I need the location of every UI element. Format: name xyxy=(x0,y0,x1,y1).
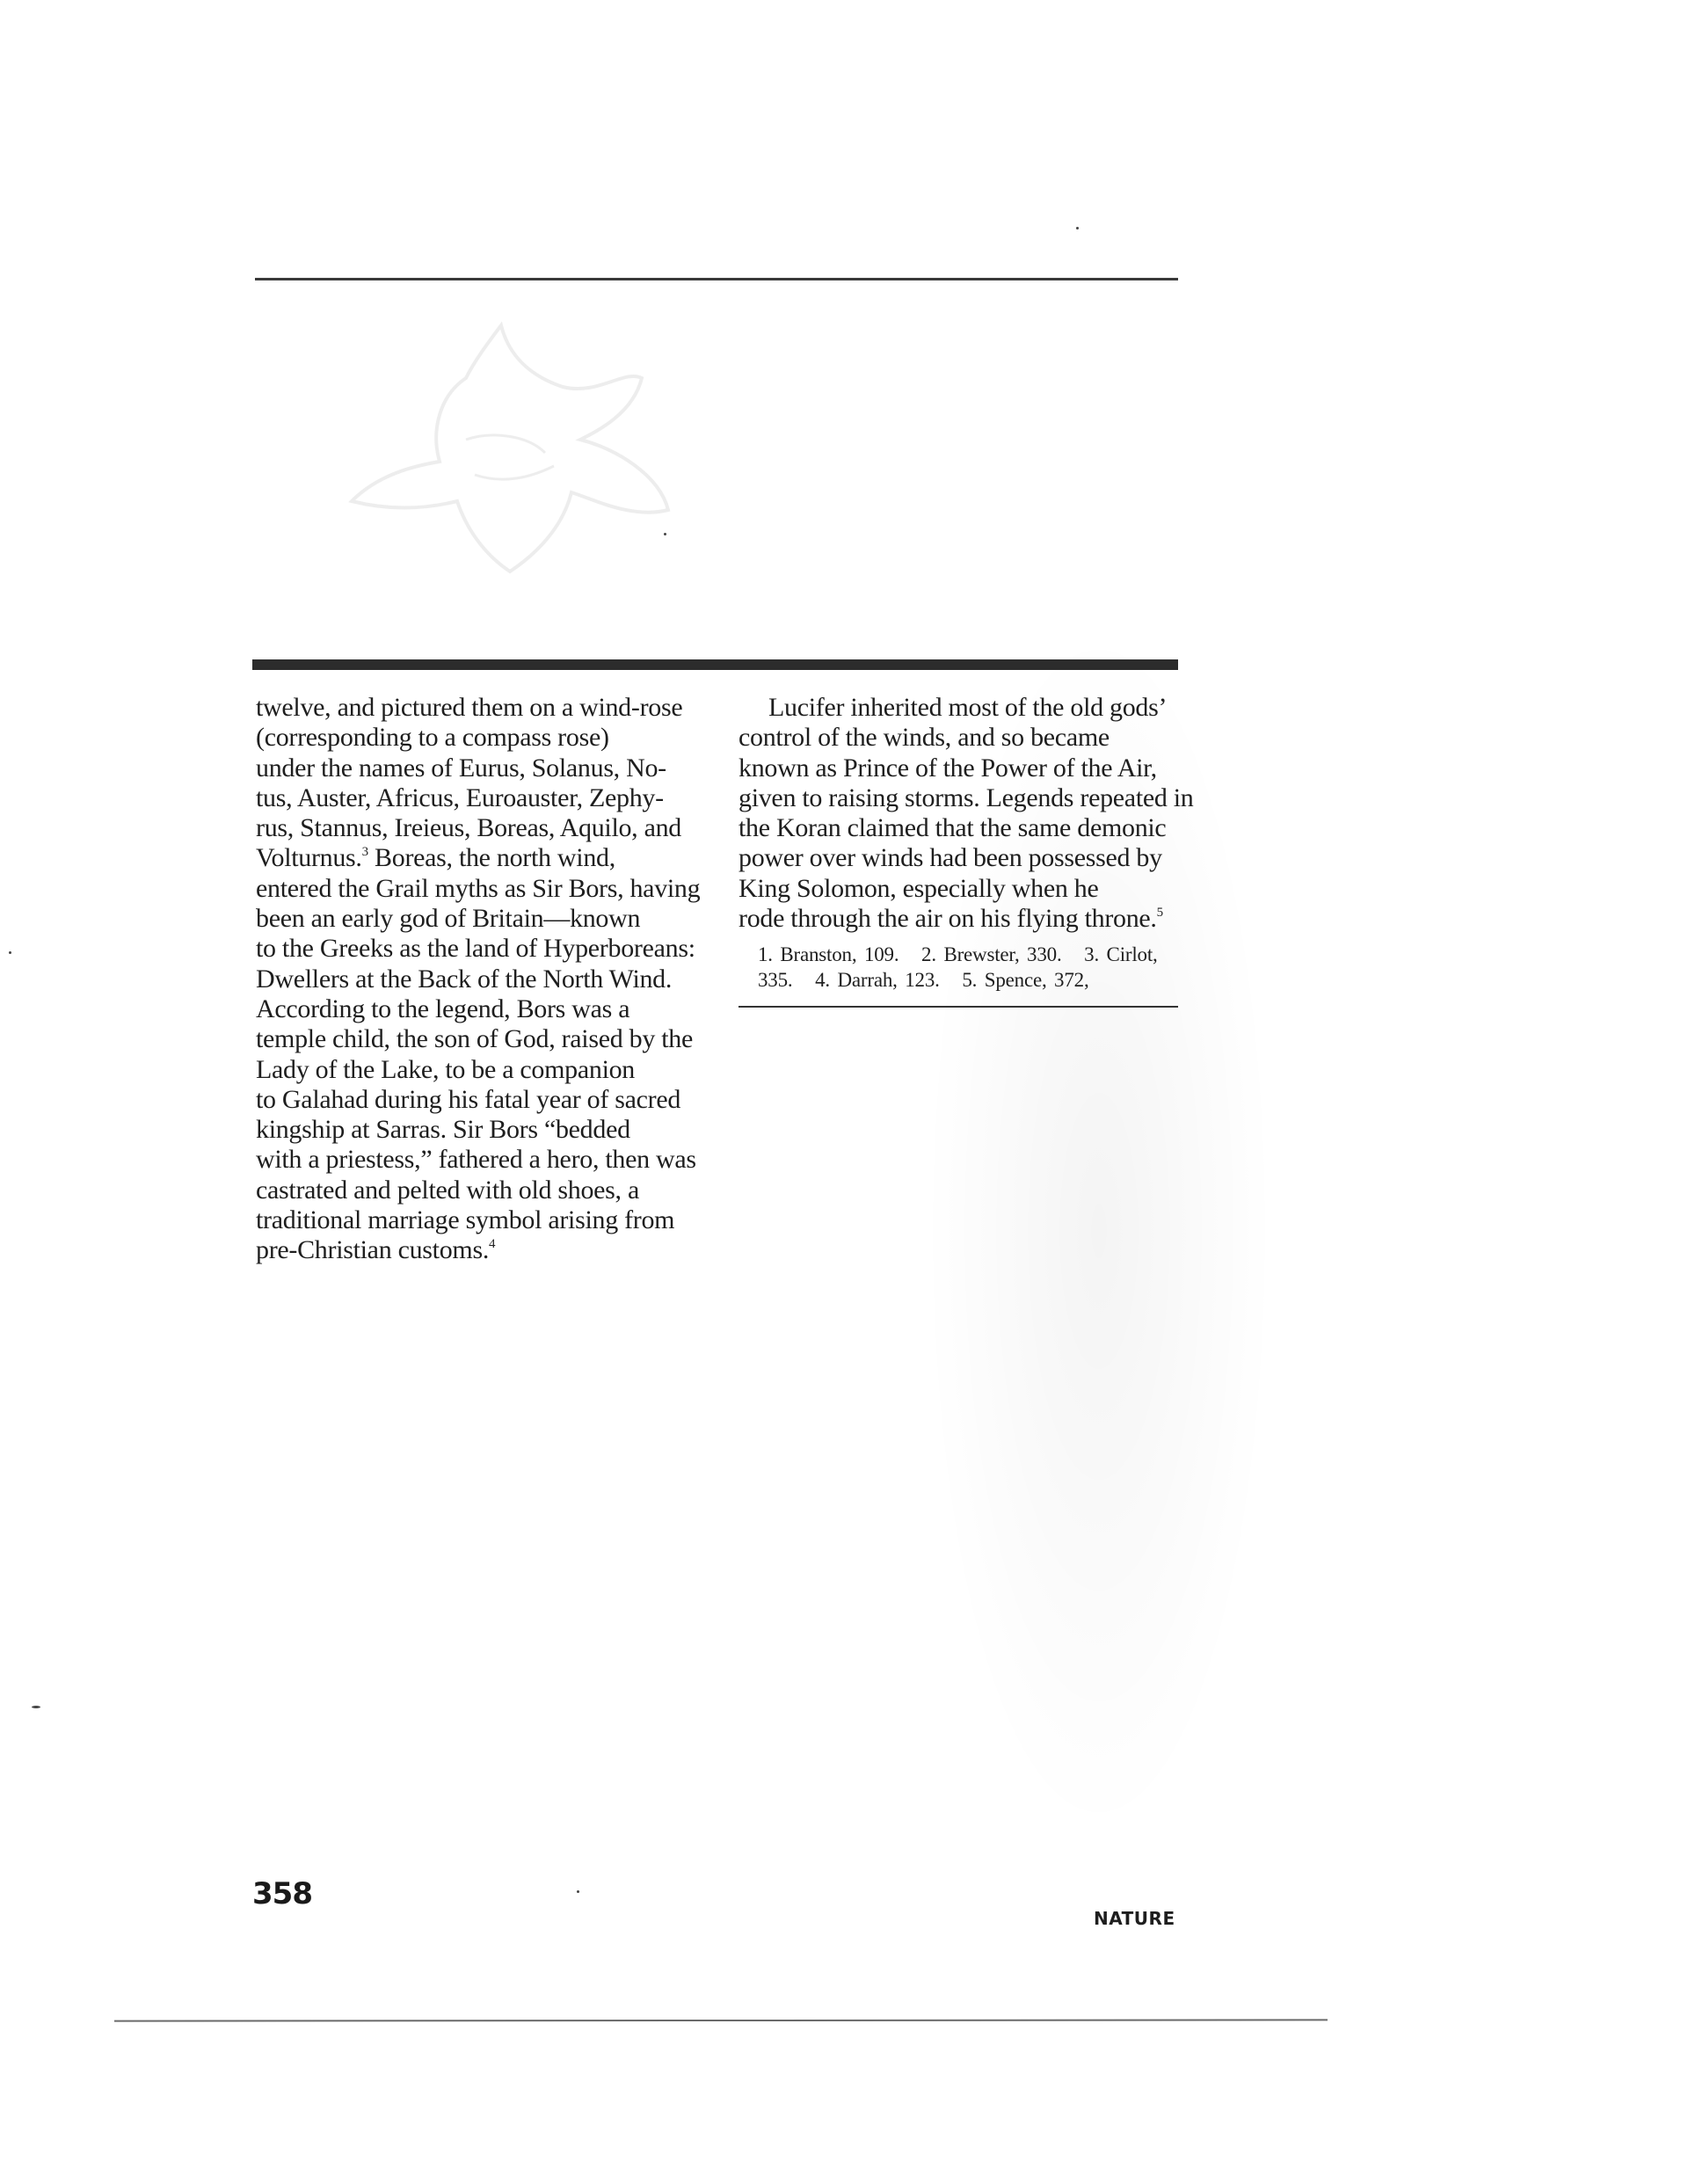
text-line: the Koran claimed that the same demonic xyxy=(738,813,1182,843)
text-line: to the Greeks as the land of Hyperborean… xyxy=(256,934,709,964)
text-line: with a priestess,” fathered a hero, then… xyxy=(256,1145,709,1175)
text-line: control of the winds, and so became xyxy=(738,723,1182,753)
page-number: 358 xyxy=(252,1876,312,1911)
footnote-rule xyxy=(738,1006,1178,1008)
text-line: (corresponding to a compass rose) xyxy=(256,723,709,753)
text-line: entered the Grail myths as Sir Bors, hav… xyxy=(256,874,709,904)
text-line: been an early god of Britain—known xyxy=(256,904,709,934)
footnote-line: 335. 4. Darrah, 123. 5. Spence, 372, xyxy=(758,967,1180,993)
footnotes: 1. Branston, 109. 2. Brewster, 330. 3. C… xyxy=(758,942,1180,993)
right-text-column: Lucifer inherited most of the old gods’ … xyxy=(738,693,1182,934)
left-text-column: twelve, and pictured them on a wind-rose… xyxy=(256,693,709,1266)
text-line: given to raising storms. Legends repeate… xyxy=(738,783,1182,813)
text-line: Dwellers at the Back of the North Wind. xyxy=(256,965,709,994)
text-line: power over winds had been possessed by xyxy=(738,843,1182,873)
text-line: under the names of Eurus, Solanus, No- xyxy=(256,753,709,783)
text-line: temple child, the son of God, raised by … xyxy=(256,1024,709,1054)
text-line: Volturnus.3 Boreas, the north wind, xyxy=(256,843,709,873)
scan-speck xyxy=(577,1890,579,1893)
faint-illustration-bleedthrough xyxy=(334,290,703,624)
scan-speck xyxy=(664,533,666,535)
text-line: Lady of the Lake, to be a companion xyxy=(256,1055,709,1085)
text-line: pre-Christian customs.4 xyxy=(256,1235,709,1265)
text-line: Lucifer inherited most of the old gods’ xyxy=(738,693,1182,723)
text-line: kingship at Sarras. Sir Bors “bedded xyxy=(256,1115,709,1145)
scan-speck xyxy=(1076,227,1079,229)
text-line: King Solomon, especially when he xyxy=(738,874,1182,904)
scan-speck xyxy=(9,951,11,954)
text-line: twelve, and pictured them on a wind-rose xyxy=(256,693,709,723)
scan-speck xyxy=(32,1706,40,1708)
text-line: traditional marriage symbol arising from xyxy=(256,1205,709,1235)
top-rule xyxy=(255,278,1178,280)
text-line: to Galahad during his fatal year of sacr… xyxy=(256,1085,709,1115)
text-line: castrated and pelted with old shoes, a xyxy=(256,1176,709,1205)
footnote-ref: 5 xyxy=(1157,906,1163,920)
footnote-ref: 4 xyxy=(489,1237,495,1251)
text-line: rode through the air on his flying thron… xyxy=(738,904,1182,934)
footnote-ref: 3 xyxy=(362,845,368,859)
text-line: tus, Auster, Africus, Euroauster, Zephy- xyxy=(256,783,709,813)
text-line: According to the legend, Bors was a xyxy=(256,994,709,1024)
running-head: NATURE xyxy=(1094,1908,1175,1929)
page-edge-line xyxy=(114,2019,1328,2021)
text-line: rus, Stannus, Ireieus, Boreas, Aquilo, a… xyxy=(256,813,709,843)
section-divider-rule xyxy=(252,659,1178,670)
footnote-line: 1. Branston, 109. 2. Brewster, 330. 3. C… xyxy=(758,942,1180,967)
text-line: known as Prince of the Power of the Air, xyxy=(738,753,1182,783)
